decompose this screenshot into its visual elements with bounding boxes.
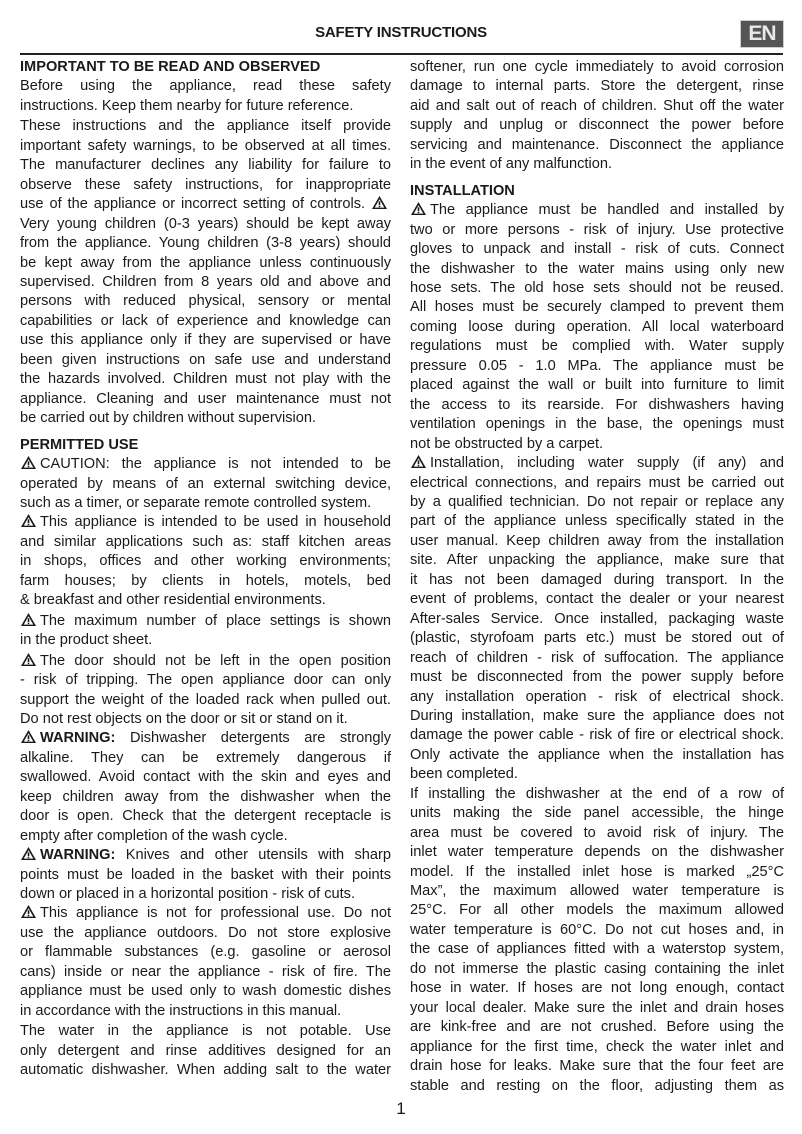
text-line: from the appliance. Young children (3-8 … xyxy=(20,234,391,253)
text-line: capabilities or lack of experience and k… xyxy=(20,312,391,331)
text-line: damage to internal parts. Store the dete… xyxy=(410,77,784,96)
text-line: appliance must be used only to wash dome… xyxy=(20,982,391,1001)
paragraph-detergent-warning: WARNING: Dishwasher detergents are stron… xyxy=(20,729,391,846)
warning-triangle-icon xyxy=(20,652,37,667)
text-line: The appliance must be handled and instal… xyxy=(410,201,784,220)
text-line: cans) inside or near the appliance - ris… xyxy=(20,963,391,982)
text-line: are kink-free and are not crushed. Befor… xyxy=(410,1018,784,1037)
text-line: aid and salt out of reach of children. S… xyxy=(410,97,784,116)
text-line: Installation, including water supply (if… xyxy=(410,454,784,473)
text-line: During installation, make sure the appli… xyxy=(410,707,784,726)
warning-triangle-icon xyxy=(410,201,427,216)
text-line: swallowed. Avoid contact with the skin a… xyxy=(20,768,391,787)
text-line: These instructions and the appliance its… xyxy=(20,117,391,136)
text-line: persons with reduced physical, sensory o… xyxy=(20,292,391,311)
text-line: damage the power cable - risk of fire or… xyxy=(410,726,784,745)
text-line: down or placed in a horizontal position … xyxy=(20,885,391,904)
text-line: empty after completion of the wash cycle… xyxy=(20,827,391,846)
text-line: any installation operation - risk of ele… xyxy=(410,688,784,707)
warning-label: WARNING: xyxy=(40,847,115,863)
text-line: reach of children - risk of suffocation.… xyxy=(410,649,784,668)
text-line: support the weight of the loaded rack wh… xyxy=(20,691,391,710)
text-line: part of the appliance unless specificall… xyxy=(410,512,784,531)
text-line: The water in the appliance is not potabl… xyxy=(20,1022,391,1041)
text-line: been given instructions on safe use and … xyxy=(20,351,391,370)
text-line: alkaline. They can be extremely dangerou… xyxy=(20,749,391,768)
text-line: your local dealer. Make sure the inlet a… xyxy=(410,999,784,1018)
text-line: instructions. Keep them nearby for futur… xyxy=(20,97,391,116)
text-line: use this appliance only if they are supe… xyxy=(20,331,391,350)
text-line: regulations must be complied with. Water… xyxy=(410,337,784,356)
warning-triangle-icon xyxy=(20,612,37,627)
text-line: drain hose for leaks. Make sure that the… xyxy=(410,1057,784,1076)
warning-triangle-icon xyxy=(410,454,427,469)
text-line: be carried out by children without super… xyxy=(20,409,391,428)
language-badge: EN xyxy=(740,20,784,48)
section-title-permitted-use: PERMITTED USE xyxy=(20,436,391,455)
text-line: inlet water temperature depends on the d… xyxy=(410,843,784,862)
text-line: The manufacturer declines any liability … xyxy=(20,156,391,175)
text-line: Only activate the appliance when the ins… xyxy=(410,746,784,765)
text-line: If installing the dishwasher at the end … xyxy=(410,785,784,804)
text-line: operated by means of an external switchi… xyxy=(20,475,391,494)
text-line: appliance. Cleaning and user maintenance… xyxy=(20,390,391,409)
text-line: use the appliance outdoors. Do not store… xyxy=(20,924,391,943)
text-line: the access to its rearside. For dishwash… xyxy=(410,396,784,415)
paragraph-household: This appliance is intended to be used in… xyxy=(20,513,391,610)
paragraph-technician: Installation, including water supply (if… xyxy=(410,454,784,785)
text-line: in accordance with the instructions in t… xyxy=(20,1002,391,1021)
text-line: units making the side panel accessible, … xyxy=(410,804,784,823)
text-line: by a qualified technician. Do not repair… xyxy=(410,493,784,512)
text-line: stable and resting on the floor, adjusti… xyxy=(410,1077,784,1096)
text-line: placed against the wall or built into fu… xyxy=(410,376,784,395)
text-line: This appliance is intended to be used in… xyxy=(20,513,391,532)
text-line: door is open. Check that the detergent r… xyxy=(20,807,391,826)
warning-triangle-icon xyxy=(20,455,37,470)
text-line: in the event of any malfunction. xyxy=(410,155,784,174)
text-line: coming loose during operation. All local… xyxy=(410,318,784,337)
warning-triangle-icon xyxy=(20,513,37,528)
text-line: hose in water. If hoses are not long eno… xyxy=(410,979,784,998)
paragraph-continued: softener, run one cycle immediately to a… xyxy=(410,58,784,175)
text-line: automatic dishwasher. When adding salt t… xyxy=(20,1061,391,1080)
text-line: servicing and maintenance. Disconnect th… xyxy=(410,136,784,155)
text-line: the hazards involved. Children must not … xyxy=(20,370,391,389)
left-column: IMPORTANT TO BE READ AND OBSERVED Before… xyxy=(20,58,391,1081)
text-line: appliance for the first time, check the … xyxy=(410,1038,784,1057)
text-line: After-sales Service. Once installed, pac… xyxy=(410,610,784,629)
text-line: The maximum number of place settings is … xyxy=(20,612,391,631)
text-line: WARNING: Knives and other utensils with … xyxy=(20,846,391,865)
paragraph-row-end: If installing the dishwasher at the end … xyxy=(410,785,784,1096)
text-line: - risk of tripping. The open appliance d… xyxy=(20,671,391,690)
text-line: electrical connections, and repairs must… xyxy=(410,474,784,493)
paragraph: Before using the appliance, read these s… xyxy=(20,77,391,116)
text-line: user manual. Keep children away from the… xyxy=(410,532,784,551)
page-title: SAFETY INSTRUCTIONS xyxy=(0,24,802,41)
text-line: area must be covered to avoid risk of in… xyxy=(410,824,784,843)
text-line: event of problems, contact the dealer or… xyxy=(410,590,784,609)
text-line: be kept away from the appliance unless c… xyxy=(20,254,391,273)
text-line: keep children away from the dishwasher w… xyxy=(20,788,391,807)
text-line: important safety warnings, to be observe… xyxy=(20,137,391,156)
text-line: farm houses; by clients in hotels, motel… xyxy=(20,572,391,591)
text-line: in shops, offices and other working envi… xyxy=(20,552,391,571)
text-line: water temperature is 60°C. Do not cut ho… xyxy=(410,921,784,940)
text-line: observe these safety instructions, for i… xyxy=(20,176,391,195)
text-line: must be disconnected from the power supp… xyxy=(410,668,784,687)
text-line: softener, run one cycle immediately to a… xyxy=(410,58,784,77)
text-line: gloves to unpack and install - risk of c… xyxy=(410,240,784,259)
text-line: Very young children (0-3 years) should b… xyxy=(20,215,391,234)
text-line: or flammable substances (e.g. gasoline o… xyxy=(20,943,391,962)
text-line: site. After unpacking the appliance, mak… xyxy=(410,551,784,570)
text-line: the dishwasher to the water mains using … xyxy=(410,260,784,279)
text-line: Max”, the maximum allowed water temperat… xyxy=(410,882,784,901)
paragraph-professional-use: This appliance is not for professional u… xyxy=(20,904,391,1021)
paragraph: Very young children (0-3 years) should b… xyxy=(20,215,391,429)
text-line: points must be loaded in the basket with… xyxy=(20,866,391,885)
right-column: softener, run one cycle immediately to a… xyxy=(410,58,784,1096)
text-line: in the product sheet. xyxy=(20,631,391,650)
section-title-important: IMPORTANT TO BE READ AND OBSERVED xyxy=(20,58,391,77)
warning-triangle-icon xyxy=(371,195,388,210)
text-line: CAUTION: the appliance is not intended t… xyxy=(20,455,391,474)
paragraph-handling: The appliance must be handled and instal… xyxy=(410,201,784,454)
text-line: supply and unplug or disconnect the powe… xyxy=(410,116,784,135)
text-line: pressure 0.05 - 1.0 MPa. The appliance m… xyxy=(410,357,784,376)
header-divider xyxy=(20,53,783,55)
text-line: use of the appliance or incorrect settin… xyxy=(20,195,391,214)
text-line: The door should not be left in the open … xyxy=(20,652,391,671)
text-line: This appliance is not for professional u… xyxy=(20,904,391,923)
text-line: such as a timer, or separate remote cont… xyxy=(20,494,391,513)
text-line: ventilation openings in the base, the op… xyxy=(410,415,784,434)
text-line: do not immerse the plastic casing contai… xyxy=(410,960,784,979)
paragraph-water: The water in the appliance is not potabl… xyxy=(20,1022,391,1080)
text-line: been completed. xyxy=(410,765,784,784)
text-line: WARNING: Dishwasher detergents are stron… xyxy=(20,729,391,748)
paragraph-door: The door should not be left in the open … xyxy=(20,652,391,730)
page-number: 1 xyxy=(0,1099,802,1119)
paragraph-knives-warning: WARNING: Knives and other utensils with … xyxy=(20,846,391,904)
text-line: supervised. Children from 8 years old an… xyxy=(20,273,391,292)
text-line: two or more persons - risk of injury. Us… xyxy=(410,221,784,240)
text-line: (plastic, styrofoam parts etc.) must be … xyxy=(410,629,784,648)
text-line: Do not rest objects on the door or sit o… xyxy=(20,710,391,729)
text-line: 25°C. For all other models the maximum a… xyxy=(410,901,784,920)
section-title-installation: INSTALLATION xyxy=(410,182,784,201)
text-line: only detergent and rinse additives desig… xyxy=(20,1042,391,1061)
warning-label: WARNING: xyxy=(40,730,115,746)
paragraph-caution: CAUTION: the appliance is not intended t… xyxy=(20,455,391,513)
text-line: the case of appliances fitted with a wat… xyxy=(410,940,784,959)
text-line: it has not been damaged during transport… xyxy=(410,571,784,590)
warning-triangle-icon xyxy=(20,904,37,919)
text-line: not be obstructed by a carpet. xyxy=(410,435,784,454)
paragraph: These instructions and the appliance its… xyxy=(20,117,391,214)
text-line: Before using the appliance, read these s… xyxy=(20,77,391,96)
warning-triangle-icon xyxy=(20,729,37,744)
text-line: hose sets. The old hose sets should not … xyxy=(410,279,784,298)
text-line: and similar applications such as: staff … xyxy=(20,533,391,552)
text-line: model. If the installed inlet hose is ma… xyxy=(410,863,784,882)
paragraph-place-settings: The maximum number of place settings is … xyxy=(20,612,391,651)
text-line: & breakfast and other residential enviro… xyxy=(20,591,391,610)
text-line: All hoses must be securely clamped to pr… xyxy=(410,298,784,317)
warning-triangle-icon xyxy=(20,846,37,861)
